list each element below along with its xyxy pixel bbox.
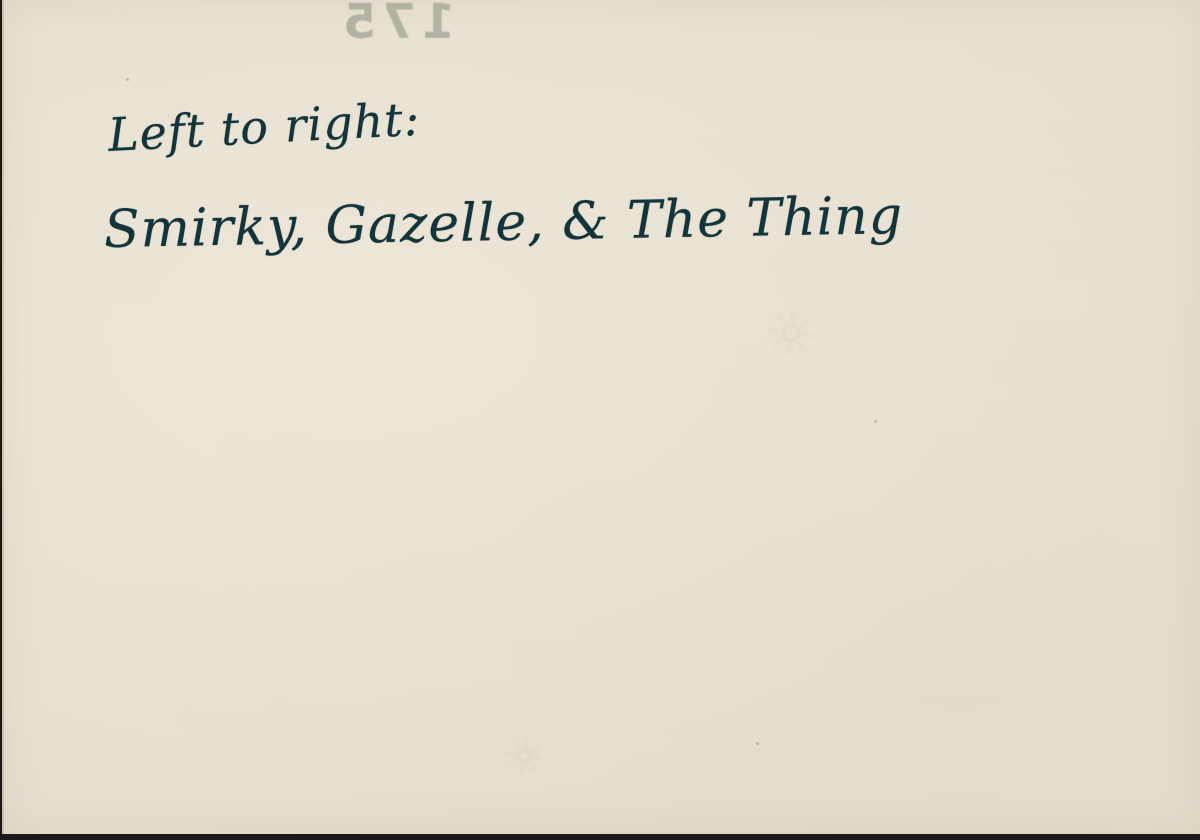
paper-speck bbox=[756, 742, 759, 745]
bleed-through-mark: ☼ bbox=[759, 297, 822, 374]
photo-card-back: 175 ☼ ☼ Left to right: Smirky, Gazelle, … bbox=[2, 0, 1200, 834]
stamped-number: 175 bbox=[337, 0, 455, 50]
bleed-through-mark: ☼ bbox=[500, 727, 548, 786]
paper-speck bbox=[874, 420, 877, 423]
caption-line-1: Left to right: bbox=[107, 92, 422, 162]
paper-speck bbox=[126, 78, 129, 81]
caption-line-2: Smirky, Gazelle, & The Thing bbox=[103, 186, 903, 260]
